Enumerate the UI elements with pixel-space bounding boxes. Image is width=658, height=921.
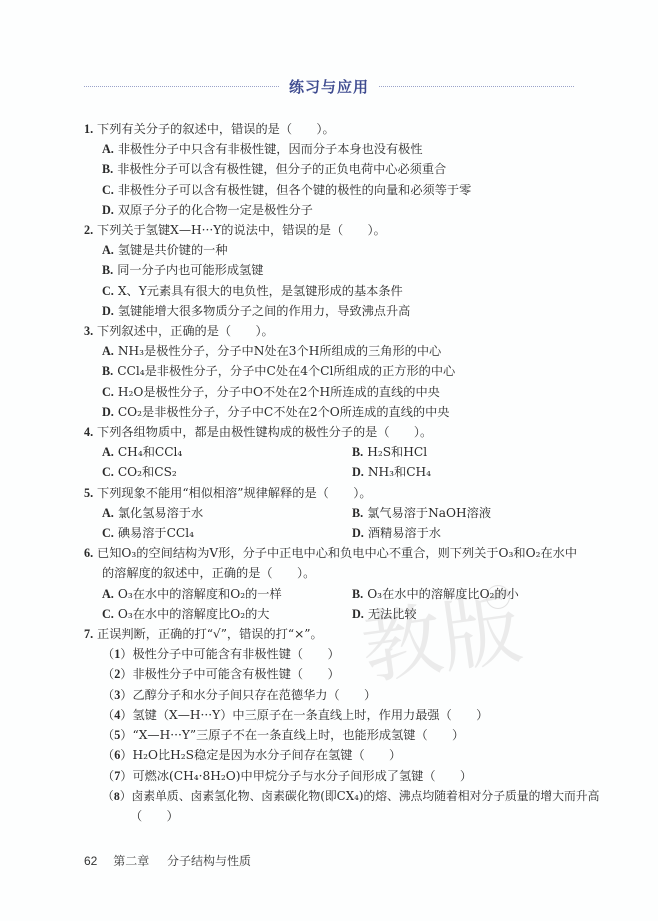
option-b: B.H₂S和HCl [352,442,602,462]
option-c: C.X、Y元素具有很大的电负性，是氢键形成的基本条件 [84,281,584,301]
option-a: A.NH₃是极性分子，分子中N处在3个H所组成的三角形的中心 [84,341,584,361]
option-d: D.双原子分子的化合物一定是极性分子 [84,200,584,220]
question-stem: 4. 下列各组物质中，都是由极性键构成的极性分子的是（ ）。 [84,422,584,442]
option-d: D.CO₂是非极性分子，分子中C不处在2个O所连成的直线的中央 [84,402,584,422]
question-stem: 7. 正误判断，正确的打“√”，错误的打“×”。 [84,624,584,644]
question-stem: 3. 下列叙述中，正确的是（ ）。 [84,321,584,341]
option-b: B.O₃在水中的溶解度比O₂的小 [352,584,602,604]
chapter-title: 分子结构与性质 [167,854,251,868]
option-a: A.氯化氢易溶于水 [102,503,352,523]
page-footer: 62 第二章 分子结构与性质 [84,852,251,869]
question-6: 6. 已知O₃的空间结构为V形，分子中正电中心和负电中心不重合，则下列关于O₃和… [84,543,584,624]
divider-right [379,86,574,87]
option-b: B.CCl₄是非极性分子，分子中C处在4个Cl所组成的正方形的中心 [84,361,584,381]
question-3: 3. 下列叙述中，正确的是（ ）。 A.NH₃是极性分子，分子中N处在3个H所组… [84,321,584,422]
question-stem: 1. 下列有关分子的叙述中，错误的是（ ）。 [84,119,584,139]
question-1: 1. 下列有关分子的叙述中，错误的是（ ）。 A.非极性分子中只含有非极性键，因… [84,119,584,220]
options-grid: A.CH₄和CCl₄ B.H₂S和HCl C.CO₂和CS₂ D.NH₃和CH₄ [84,442,584,482]
judgment-item-6: （6）H₂O比H₂S稳定是因为水分子间存在氢键（ ） [84,745,584,765]
judgment-item-5: （5）“X—H···Y”三原子不在一条直线上时，也能形成氢键（ ） [84,725,584,745]
option-d: D.氢键能增大很多物质分子之间的作用力，导致沸点升高 [84,301,584,321]
section-header: 练习与应用 [84,76,574,96]
option-d: D.无法比较 [352,604,602,624]
judgment-item-8: （8）卤素单质、卤素氢化物、卤素碳化物(即CX₄)的熔、沸点均随着相对分子质量的… [84,786,584,806]
option-a: A.O₃在水中的溶解度和O₂的一样 [102,584,352,604]
option-a: A.非极性分子中只含有非极性键，因而分子本身也没有极性 [84,139,584,159]
option-c: C.O₃在水中的溶解度比O₂的大 [102,604,352,624]
question-2: 2. 下列关于氢键X—H···Y的说法中，错误的是（ ）。 A.氢键是共价键的一… [84,220,584,321]
question-5: 5. 下列现象不能用“相似相溶”规律解释的是（ ）。 A.氯化氢易溶于水 B.氯… [84,483,584,544]
judgment-item-2: （2）非极性分子中可能含有极性键（ ） [84,664,584,684]
exercise-list: 1. 下列有关分子的叙述中，错误的是（ ）。 A.非极性分子中只含有非极性键，因… [84,119,584,826]
option-d: D.酒精易溶于水 [352,523,602,543]
question-7: 7. 正误判断，正确的打“√”，错误的打“×”。 （1）极性分子中可能含有非极性… [84,624,584,826]
judgment-item-7: （7）可燃冰(CH₄·8H₂O)中甲烷分子与水分子间形成了氢键（ ） [84,766,584,786]
divider-left [84,86,279,87]
option-c: C.CO₂和CS₂ [102,462,352,482]
options-grid: A.O₃在水中的溶解度和O₂的一样 B.O₃在水中的溶解度比O₂的小 C.O₃在… [84,584,584,624]
option-b: B.氯气易溶于NaOH溶液 [352,503,602,523]
option-d: D.NH₃和CH₄ [352,462,602,482]
option-b: B.非极性分子可以含有极性键，但分子的正负电荷中心必须重合 [84,159,584,179]
question-4: 4. 下列各组物质中，都是由极性键构成的极性分子的是（ ）。 A.CH₄和CCl… [84,422,584,483]
judgment-item-8-answer-blank: （ ） [84,806,584,826]
option-c: C.H₂O是极性分子，分子中O不处在2个H所连成的直线的中央 [84,382,584,402]
judgment-item-3: （3）乙醇分子和水分子间只存在范德华力（ ） [84,685,584,705]
chapter-label: 第二章 [113,854,149,868]
question-stem: 6. 已知O₃的空间结构为V形，分子中正电中心和负电中心不重合，则下列关于O₃和… [84,543,584,583]
judgment-item-4: （4）氢键（X—H···Y）中三原子在一条直线上时，作用力最强（ ） [84,705,584,725]
option-c: C.碘易溶于CCl₄ [102,523,352,543]
section-title: 练习与应用 [279,76,379,97]
option-a: A.氢键是共价键的一种 [84,240,584,260]
question-stem: 5. 下列现象不能用“相似相溶”规律解释的是（ ）。 [84,483,584,503]
option-c: C.非极性分子可以含有极性键，但各个键的极性的向量和必须等于零 [84,180,584,200]
question-stem: 2. 下列关于氢键X—H···Y的说法中，错误的是（ ）。 [84,220,584,240]
options-grid: A.氯化氢易溶于水 B.氯气易溶于NaOH溶液 C.碘易溶于CCl₄ D.酒精易… [84,503,584,543]
option-b: B.同一分子内也可能形成氢键 [84,260,584,280]
judgment-item-1: （1）极性分子中可能含有非极性键（ ） [84,644,584,664]
option-a: A.CH₄和CCl₄ [102,442,352,462]
page-number: 62 [84,854,97,868]
